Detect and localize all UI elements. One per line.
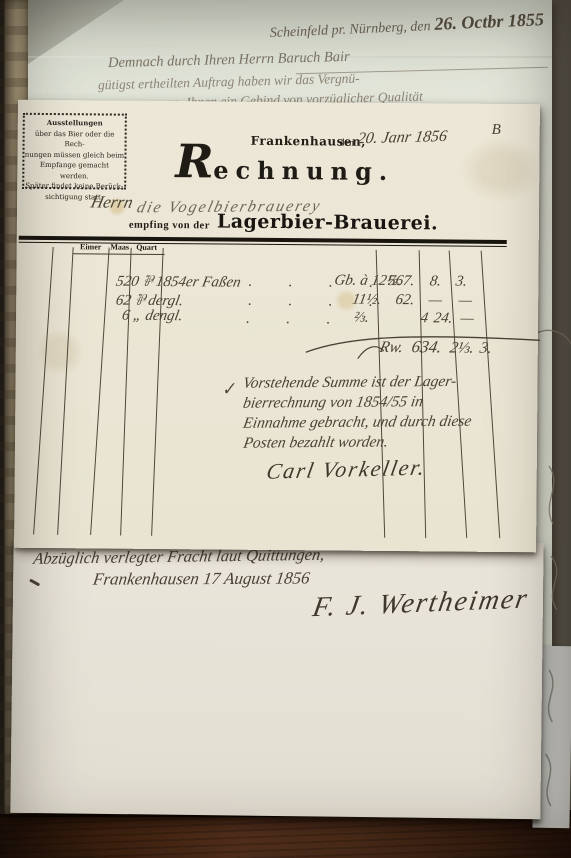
- closing-line: Posten bezahlt worden.: [242, 432, 473, 454]
- row-amount-thaler: 567.: [381, 273, 416, 290]
- row-rate: 11½.: [351, 292, 383, 309]
- invoice-signature: Carl Vorkeller.: [264, 454, 428, 484]
- letter-dateline: Scheinfeld pr. Nürnberg, den 26. Octbr 1…: [226, 9, 545, 44]
- closing-line: Einnahme gebracht, und durch diese: [242, 412, 473, 434]
- row-amount-groschen: —: [421, 292, 450, 309]
- row-amount-groschen: 8.: [421, 273, 450, 290]
- table-column-line: [481, 251, 501, 538]
- closing-line: bierrechnung von 1854/55 in: [241, 392, 472, 414]
- letter-body-line2: gütigst ertheilten Auftrag haben wir das…: [98, 71, 360, 94]
- ink-dash: [29, 579, 40, 587]
- note-signature: F. J. Wertheimer: [310, 583, 531, 624]
- row-desc: 6 „ dengl.: [121, 308, 185, 326]
- col-header-eimer: Eimer: [73, 242, 109, 251]
- table-column-line: [57, 247, 74, 535]
- check-mark-icon: ✓: [220, 379, 237, 401]
- letter-dateline-place: Scheinfeld pr. Nürnberg, den: [270, 19, 431, 41]
- addressee-prefix: Herrn: [89, 192, 135, 212]
- invoice-date-handwritten: 20. Janr 1856: [356, 128, 448, 148]
- total-label: Rw.: [378, 339, 405, 357]
- den-label: den: [340, 138, 355, 149]
- row-rate: ⅔.: [352, 310, 370, 327]
- title-initial: R: [175, 139, 214, 183]
- total-groschen: 2⅓.: [448, 340, 475, 358]
- annotation-sheet: Abzüglich verlegter Fracht laut Quittung…: [10, 537, 543, 819]
- note-line2: Frankenhausen 17 August 1856: [92, 568, 311, 589]
- table-column-line: [33, 247, 54, 534]
- invoice-title: echnung.: [213, 155, 394, 186]
- row-amount-pfennig: —: [453, 311, 482, 328]
- received-from-label: empfing von der: [129, 220, 210, 232]
- row-amount-thaler: 4: [409, 310, 430, 327]
- row-amount-thaler: 62.: [381, 292, 416, 309]
- closing-line: Vorstehende Summe ist der Lager-: [241, 372, 472, 394]
- row-desc: 520 ⅌ 1854er Faßen: [115, 271, 243, 292]
- brewery-name: Lagerbier-Brauerei.: [217, 210, 438, 234]
- notice-line: über das Bier oder die Rech-: [25, 128, 125, 150]
- row-amount-pfennig: 3.: [447, 274, 476, 291]
- closing-paragraph: Vorstehende Summe ist der Lager- bierrec…: [243, 372, 472, 454]
- notice-box: Ausstellungen über das Bier oder die Rec…: [22, 113, 127, 190]
- total-thaler: 634.: [410, 337, 443, 357]
- letter-body-line1: Demnach durch Ihren Herrn Baruch Bair: [108, 49, 350, 72]
- notice-line: Später findet keine Berück-: [24, 181, 124, 192]
- letter-dateline-date: 26. Octbr 1855: [434, 9, 544, 34]
- table-column-line: [90, 248, 110, 535]
- photo-stage: Scheinfeld pr. Nürnberg, den 26. Octbr 1…: [0, 0, 571, 858]
- annotation-letter: B: [492, 122, 501, 139]
- row-amount-pfennig: —: [451, 293, 480, 310]
- notice-line: Empfange gemacht werden.: [24, 160, 124, 182]
- header-underline: [73, 253, 165, 255]
- invoice-sheet: Ausstellungen über das Bier oder die Rec…: [14, 100, 540, 553]
- col-header-maas: Maas: [109, 243, 131, 252]
- col-header-quart: Quart: [131, 243, 163, 252]
